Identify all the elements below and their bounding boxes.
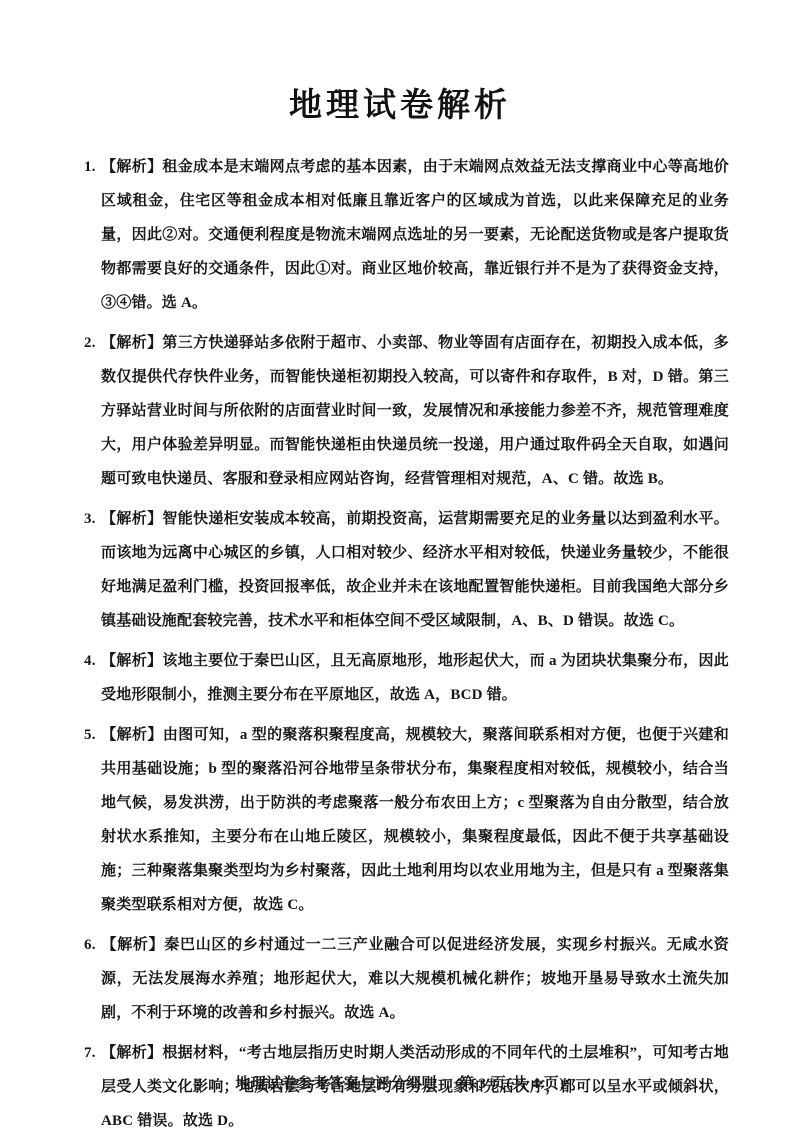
analysis-text: 由图可知，a 型的聚落积聚程度高，规模较大，聚落间联系相对方便，也便于兴建和共用… <box>101 727 729 913</box>
analysis-text: 第三方快递驿站多依附于超市、小卖部、物业等固有店面存在，初期投入成本低，多数仅提… <box>101 335 729 487</box>
question-number: 2. <box>84 326 101 360</box>
question-number: 1. <box>84 150 101 184</box>
analysis-label: 【解析】 <box>101 159 162 175</box>
page-title: 地理试卷解析 <box>0 0 800 126</box>
question-number: 3. <box>84 502 101 536</box>
analysis-paragraph: 5.【解析】由图可知，a 型的聚落积聚程度高，规模较大，聚落间联系相对方便，也便… <box>84 718 729 922</box>
analysis-label: 【解析】 <box>101 653 162 669</box>
question-number: 7. <box>84 1036 101 1070</box>
analysis-paragraph: 6.【解析】秦巴山区的乡村通过一二三产业融合可以促进经济发展，实现乡村振兴。无咸… <box>84 928 729 1030</box>
question-number: 4. <box>84 644 101 678</box>
analysis-paragraph: 1.【解析】租金成本是末端网点考虑的基本因素，由于末端网点效益无法支撑商业中心等… <box>84 150 729 320</box>
question-number: 5. <box>84 718 101 752</box>
footer-doc-title: 地理试卷参考答案与评分细则 <box>235 1076 437 1092</box>
analysis-text: 智能快递柜安装成本较高，前期投资高，运营期需要充足的业务量以达到盈利水平。而该地… <box>101 511 729 629</box>
analysis-text: 租金成本是末端网点考虑的基本因素，由于末端网点效益无法支撑商业中心等高地价区域租… <box>101 159 729 311</box>
analysis-label: 【解析】 <box>101 937 164 953</box>
page-footer: 地理试卷参考答案与评分细则第 3 页(共 4 页) <box>0 1072 800 1093</box>
footer-page-number: 第 3 页(共 4 页) <box>459 1072 565 1093</box>
analysis-text: 秦巴山区的乡村通过一二三产业融合可以促进经济发展，实现乡村振兴。无咸水资源，无法… <box>101 937 729 1021</box>
analysis-paragraph: 3.【解析】智能快递柜安装成本较高，前期投资高，运营期需要充足的业务量以达到盈利… <box>84 502 729 638</box>
analysis-label: 【解析】 <box>101 727 163 743</box>
analysis-paragraph: 2.【解析】第三方快递驿站多依附于超市、小卖部、物业等固有店面存在，初期投入成本… <box>84 326 729 496</box>
analysis-label: 【解析】 <box>101 1045 162 1061</box>
question-number: 6. <box>84 928 101 962</box>
analysis-list: 1.【解析】租金成本是末端网点考虑的基本因素，由于末端网点效益无法支撑商业中心等… <box>84 150 729 1132</box>
exam-answer-page: 地理试卷解析 1.【解析】租金成本是末端网点考虑的基本因素，由于末端网点效益无法… <box>0 0 800 1132</box>
analysis-label: 【解析】 <box>101 511 162 527</box>
analysis-label: 【解析】 <box>101 335 162 351</box>
analysis-paragraph: 4.【解析】该地主要位于秦巴山区，且无高原地形，地形起伏大，而 a 为团块状集聚… <box>84 644 729 712</box>
analysis-text: 该地主要位于秦巴山区，且无高原地形，地形起伏大，而 a 为团块状集聚分布，因此受… <box>101 653 729 703</box>
